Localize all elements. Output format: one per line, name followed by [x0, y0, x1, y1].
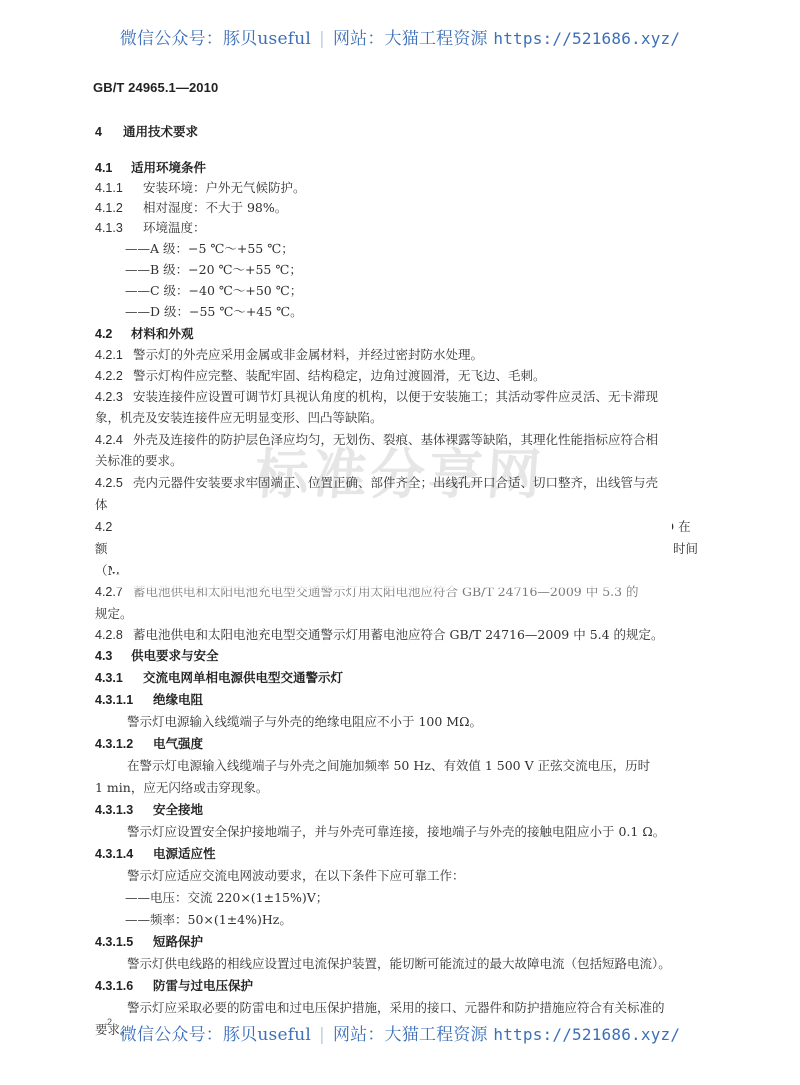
- section-heading: 4通用技术要求: [95, 122, 198, 142]
- dash-item: ——电压：交流 220×(1±15%)V；: [125, 888, 328, 908]
- redaction-block: [112, 506, 672, 572]
- top-banner: 微信公众号：豚贝useful|网站：大猫工程资源 https://521686.…: [0, 24, 800, 49]
- wechat-label: 微信公众号：豚贝useful: [120, 29, 311, 49]
- redaction-overlay: [112, 574, 627, 588]
- clause: 4.1.1安装环境：户外无气候防护。: [95, 178, 306, 198]
- dash-item: ——D 级：−55 ℃～+45 ℃。: [125, 302, 303, 322]
- section-heading: 4.3.1.1绝缘电阻: [95, 690, 203, 710]
- site-url-link[interactable]: https://521686.xyz/: [493, 1025, 680, 1044]
- body-paragraph: 警示灯供电线路的相线应设置过电流保护装置，能切断可能流过的最大故障电流（包括短路…: [127, 954, 671, 974]
- clause-continuation: 象，机壳及安装连接件应无明显变形、凹凸等缺陷。: [95, 408, 383, 428]
- section-heading: 4.3.1.2电气强度: [95, 734, 203, 754]
- body-paragraph: 警示灯应适应交流电网波动要求，在以下条件下应可靠工作：: [127, 866, 465, 886]
- clause: 4.2.3安装连接件应设置可调节灯具视认角度的机构，以便于安装施工；其活动零件应…: [95, 387, 658, 407]
- clause: 4.2.5壳内元器件安装要求牢固端正、位置正确、部件齐全；出线孔开口合适、切口整…: [95, 473, 658, 493]
- clause: 4.2.4外壳及连接件的防护层色泽应均匀，无划伤、裂痕、基体裸露等缺陷，其理化性…: [95, 430, 658, 450]
- body-paragraph: 警示灯应设置安全保护接地端子，并与外壳可靠连接，接地端子与外壳的接触电阻应小于 …: [127, 822, 665, 842]
- clause: 4.1.3环境温度：: [95, 218, 206, 238]
- body-continuation: 要求。: [95, 1020, 133, 1040]
- section-heading: 4.2材料和外观: [95, 324, 194, 344]
- clause-continuation: 关标准的要求。: [95, 451, 183, 471]
- dash-item: ——C 级：−40 ℃～+50 ℃；: [125, 281, 302, 301]
- section-heading: 4.3.1.6防雷与过电压保护: [95, 976, 253, 996]
- clause: 4.2.8蓄电池供电和太阳电池充电型交通警示灯用蓄电池应符合 GB/T 2471…: [95, 625, 664, 645]
- section-heading: 4.3.1.3安全接地: [95, 800, 203, 820]
- section-heading: 4.3.1.4电源适应性: [95, 844, 216, 864]
- clause-continuation: 规定。: [95, 604, 133, 624]
- dash-item: ——A 级：−5 ℃～+55 ℃；: [125, 239, 294, 259]
- dash-item: ——频率：50×(1±4%)Hz。: [125, 910, 292, 930]
- section-heading: 4.3供电要求与安全: [95, 646, 219, 666]
- section-heading: 4.3.1.5短路保护: [95, 932, 203, 952]
- body-paragraph: 在警示灯电源输入线缆端子与外壳之间施加频率 50 Hz、有效值 1 500 V …: [127, 756, 650, 776]
- clause: 4.2.2警示灯构件应完整、装配牢固、结构稳定，边角过渡圆滑，无飞边、毛刺。: [95, 366, 546, 386]
- wechat-label: 微信公众号：豚贝useful: [120, 1025, 311, 1045]
- section-heading: 4.1适用环境条件: [95, 158, 206, 178]
- body-continuation: 1 min，应无闪络或击穿现象。: [95, 778, 268, 798]
- body-paragraph: 警示灯应采取必要的防雷电和过电压保护措施，采用的接口、元器件和防护措施应符合有关…: [127, 998, 665, 1018]
- clause: 4.2.1警示灯的外壳应采用金属或非金属材料，并经过密封防水处理。: [95, 345, 483, 365]
- standard-code: GB/T 24965.1—2010: [93, 80, 218, 95]
- site-label: 网站：大猫工程资源: [333, 29, 488, 49]
- clause: 4.1.2相对湿度：不大于 98%。: [95, 198, 287, 218]
- site-url-link[interactable]: https://521686.xyz/: [493, 29, 680, 48]
- clause-continuation: 体: [95, 495, 108, 515]
- site-label: 网站：大猫工程资源: [333, 1025, 488, 1045]
- banner-separator: |: [319, 1025, 325, 1045]
- section-heading: 4.3.1交流电网单相电源供电型交通警示灯: [95, 668, 343, 688]
- body-paragraph: 警示灯电源输入线缆端子与外壳的绝缘电阻应不小于 100 MΩ。: [127, 712, 482, 732]
- banner-separator: |: [319, 29, 325, 49]
- dash-item: ——B 级：−20 ℃～+55 ℃；: [125, 260, 302, 280]
